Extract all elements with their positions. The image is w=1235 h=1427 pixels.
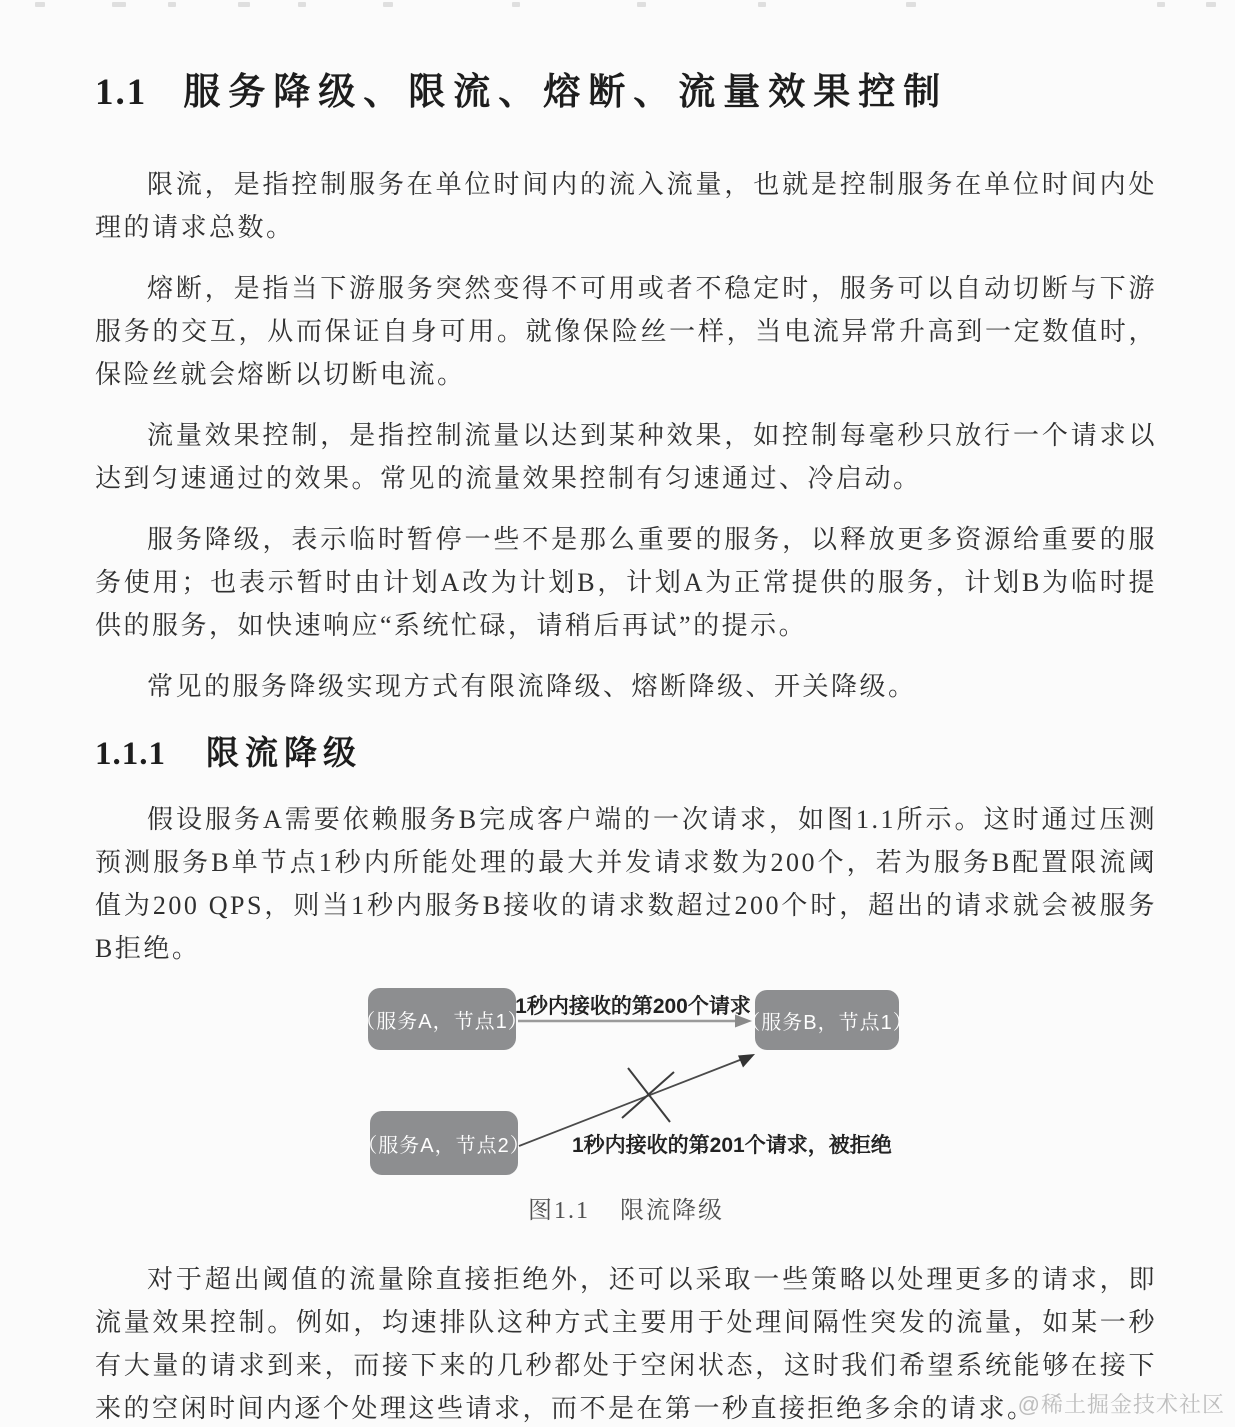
section-title: 服务降级、限流、熔断、流量效果控制 [183,72,948,113]
edge-label-rejected: 1秒内接收的第201个请求，被拒绝 [572,1129,872,1159]
edge-label-accepted: 1秒内接收的第200个请求 [515,990,751,1020]
watermark: @稀土掘金技术社区 [1018,1388,1225,1419]
section-heading: 1.1服务降级、限流、熔断、流量效果控制 [95,73,1157,113]
scan-artifact [112,2,126,7]
paragraph-traffic-shaping: 流量效果控制，是指控制流量以达到某种效果，如控制每毫秒只放行一个请求以达到匀速通… [95,414,1157,500]
scan-artifact [35,2,45,7]
figure-caption: 图1.1限流降级 [95,1190,1157,1225]
paragraph-service-degradation: 服务降级，表示临时暂停一些不是那么重要的服务，以释放更多资源给重要的服务使用；也… [95,518,1157,647]
book-page: 1.1服务降级、限流、熔断、流量效果控制 限流，是指控制服务在单位时间内的流入流… [0,0,1235,1427]
paragraph-rate-limiting: 限流，是指控制服务在单位时间内的流入流量，也就是控制服务在单位时间内处理的请求总… [95,163,1157,249]
scan-artifact [512,2,520,7]
paragraph-degradation-methods: 常见的服务降级实现方式有限流降级、熔断降级、开关降级。 [95,665,1157,708]
node-service-a-1: （服务A，节点1） [368,988,516,1050]
figure-caption-title: 限流降级 [620,1198,724,1224]
subsection-title: 限流降级 [206,736,362,772]
paragraph-circuit-breaking: 熔断，是指当下游服务突然变得不可用或者不稳定时，服务可以自动切断与下游服务的交互… [95,267,1157,396]
paragraph-traffic-effect-strategies: 对于超出阈值的流量除直接拒绝外，还可以采取一些策略以处理更多的请求，即流量效果控… [95,1258,1157,1427]
figure-rate-limit-downgrade: （服务A，节点1） （服务B，节点1） （服务A，节点2） 1秒内接收的第200… [95,988,1157,1228]
node-service-a-2: （服务A，节点2） [370,1111,518,1175]
scan-artifact [383,2,393,7]
reject-cross-icon [622,1068,674,1122]
scan-artifact [758,2,766,7]
paragraph-rate-limit-example: 假设服务A需要依赖服务B完成客户端的一次请求，如图1.1所示。这时通过压测预测服… [95,798,1157,970]
subsection-number: 1.1.1 [95,736,166,772]
scan-artifact [906,2,916,7]
scan-artifact [168,2,176,7]
scan-artifact [1157,2,1165,7]
node-service-b-1: （服务B，节点1） [755,990,899,1050]
figure-caption-label: 图1.1 [528,1198,590,1224]
subsection-heading: 1.1.1限流降级 [95,732,1157,776]
section-number: 1.1 [95,72,147,113]
scan-artifact [637,2,646,7]
scan-artifact [298,2,306,7]
scan-artifact [238,2,250,7]
scan-artifact [1206,2,1216,7]
